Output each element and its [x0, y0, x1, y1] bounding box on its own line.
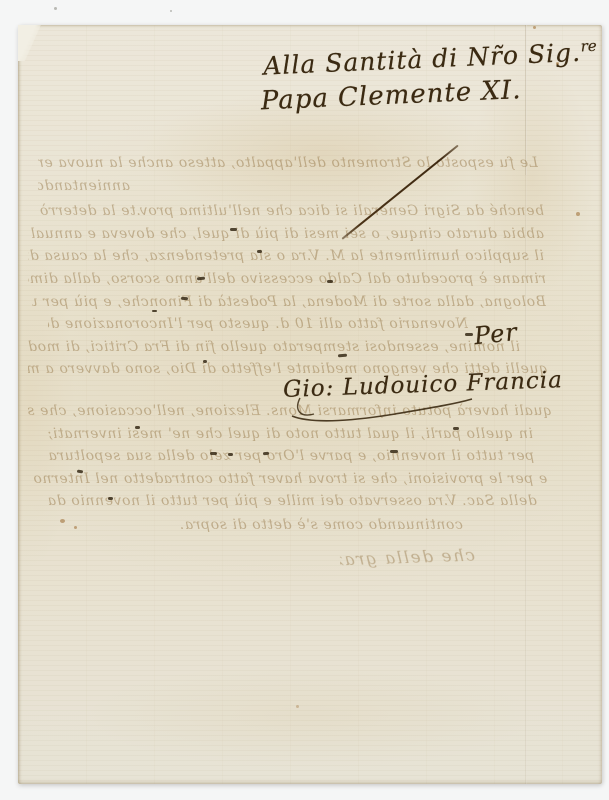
bleedthrough-line: in quello parli, il qual tutto noto di q…	[28, 426, 552, 442]
bleedthrough-line: e per le provisioni, che si trova haver …	[28, 471, 552, 487]
bleedthrough-line: benché da Sigri Generali si dica che nel…	[36, 203, 544, 219]
bleedthrough-line: rimane è proceduto dal Caldo eccessivo d…	[28, 271, 546, 287]
bleedthrough-line: della Sac. V.ra osservato dei mille e pi…	[28, 493, 556, 509]
foxing-spot	[556, 62, 559, 65]
bleedthrough-line: continuando come s'è detto di sopra.	[175, 517, 467, 533]
bleedthrough-line: abbia durato cinque, o sei mesi di più d…	[30, 226, 544, 242]
corner-fold	[18, 25, 41, 61]
ink-speck	[77, 470, 83, 474]
foxing-spot	[60, 519, 65, 523]
scanner-background: Le fu esposto lo Stromento dell'appalto,…	[0, 0, 609, 800]
ink-speck	[263, 452, 269, 456]
ink-speck	[338, 354, 347, 358]
ink-speck	[108, 497, 113, 500]
per-label: Per	[473, 318, 519, 350]
bleedthrough-line: il nomine, essendosi stemperato quello f…	[28, 339, 520, 355]
bleedthrough-line: annientandosi	[38, 178, 130, 194]
ink-speck	[135, 426, 140, 429]
bleedthrough-line: il supplico humilmente la M. V.ra o sia …	[28, 248, 544, 264]
bleedthrough-line: quali haverà potuto informarsi Mons. Ele…	[28, 403, 552, 419]
ink-speck	[210, 452, 217, 455]
address-line-1-superscript: re	[580, 37, 597, 56]
ink-speck	[465, 333, 473, 336]
ink-speck	[453, 427, 459, 430]
ink-speck	[257, 250, 262, 253]
ink-speck	[152, 310, 157, 312]
bleedthrough-line: Novenario fatto alli 10 d. questo per l'…	[48, 316, 468, 332]
foxing-spot	[576, 212, 580, 216]
ink-speck	[228, 453, 233, 456]
foxing-spot	[533, 26, 536, 29]
ink-speck	[230, 228, 237, 231]
foxing-spot	[74, 526, 77, 529]
ink-speck	[327, 280, 333, 283]
bleedthrough-line: Bologna, dalla sorte di Modena, la Podes…	[32, 294, 546, 310]
foxing-spot	[296, 705, 299, 708]
dust-speck	[54, 7, 57, 10]
dust-speck	[170, 10, 172, 12]
bleedthrough-line: per tutto il novennio, e parve l'Oro per…	[30, 448, 552, 464]
bleedthrough-line: Le fu esposto lo Stromento dell'appalto,…	[38, 155, 538, 171]
ink-speck	[181, 297, 188, 300]
ink-speck	[203, 360, 207, 363]
ink-speck	[390, 450, 398, 453]
